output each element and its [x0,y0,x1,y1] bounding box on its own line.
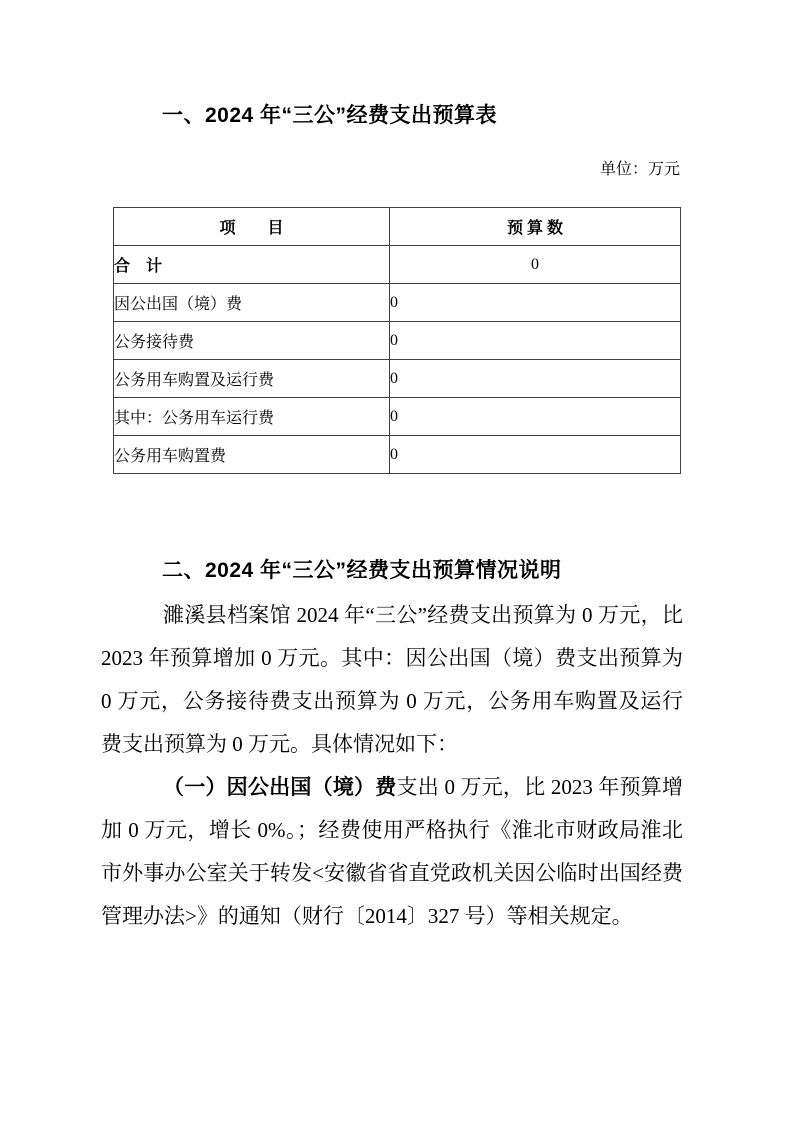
row-label: 公务用车购置费 [114,436,390,474]
row-label: 其中：公务用车运行费 [114,398,390,436]
table-header-row: 项 目 预 算 数 [114,208,681,246]
row-value: 0 [390,246,681,284]
table-row: 公务接待费 0 [114,322,681,360]
unit-note: 单位：万元 [101,156,680,184]
row-label: 因公出国（境）费 [114,284,390,322]
detail-paragraph-bold-lead: （一）因公出国（境）费 [163,776,397,799]
table-row: 公务用车购置费 0 [114,436,681,474]
section2-heading: 二、2024 年“三公”经费支出预算情况说明 [101,549,683,592]
summary-paragraph: 濉溪县档案馆 2024 年“三公”经费支出预算为 0 万元，比 2023 年预算… [101,594,683,766]
row-value: 0 [390,322,681,360]
row-label: 公务接待费 [114,322,390,360]
row-value: 0 [390,436,681,474]
detail-paragraph: （一）因公出国（境）费支出 0 万元，比 2023 年预算增加 0 万元，增长 … [101,766,683,938]
row-label: 合 计 [114,246,390,284]
section1-heading: 一、2024 年“三公”经费支出预算表 [101,94,683,137]
table-row: 因公出国（境）费 0 [114,284,681,322]
table-row-total: 合 计 0 [114,246,681,284]
row-value: 0 [390,284,681,322]
row-value: 0 [390,398,681,436]
table-header-budget: 预 算 数 [390,208,681,246]
document-page: 一、2024 年“三公”经费支出预算表 单位：万元 项 目 预 算 数 合 计 … [0,0,793,1122]
table-row: 其中：公务用车运行费 0 [114,398,681,436]
table-row: 公务用车购置及运行费 0 [114,360,681,398]
row-value: 0 [390,360,681,398]
budget-table: 项 目 预 算 数 合 计 0 因公出国（境）费 0 公务接待费 0 公务用车购… [113,207,681,474]
table-header-item: 项 目 [114,208,390,246]
row-label: 公务用车购置及运行费 [114,360,390,398]
